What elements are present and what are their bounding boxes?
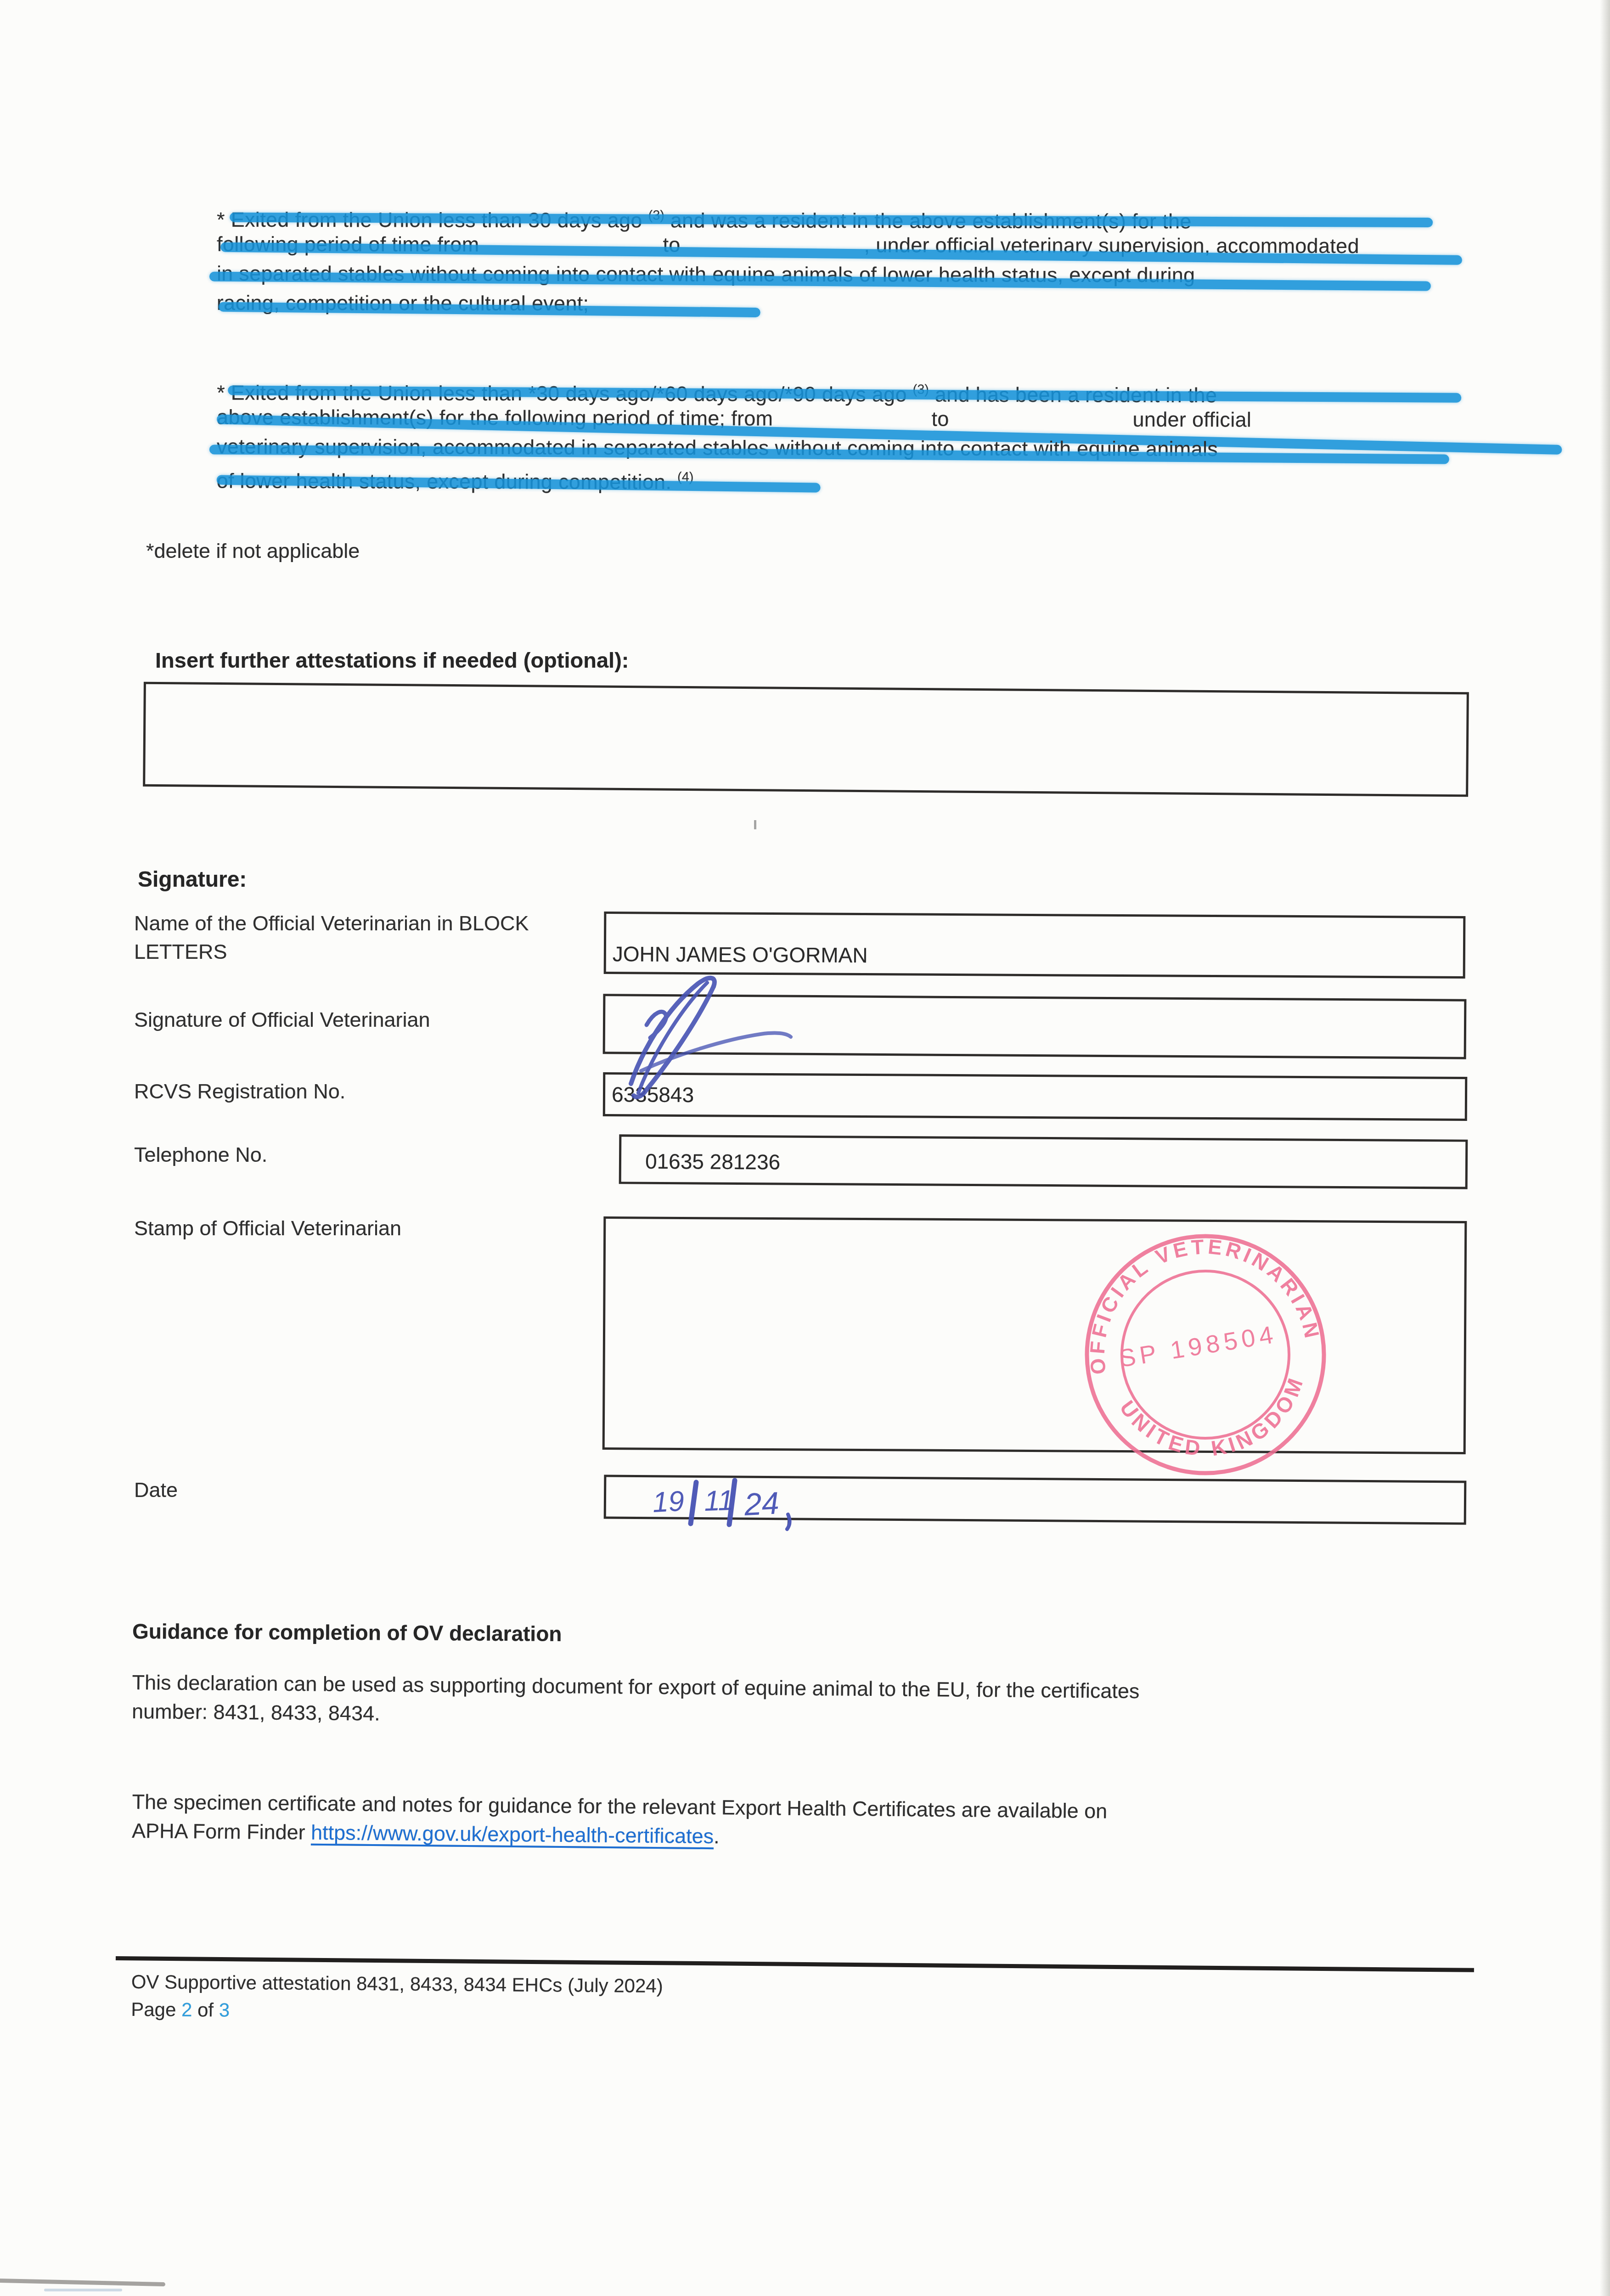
sentence-period: . (714, 1824, 720, 1848)
attestation-line: veterinary supervision, accommodated in … (217, 432, 1466, 464)
guidance-paragraph-1: This declaration can be used as supporti… (132, 1668, 1140, 1734)
name-box: JOHN JAMES O'GORMAN (604, 912, 1466, 979)
signature-box (603, 994, 1467, 1059)
attestation-line: in separated stables without coming into… (217, 259, 1466, 291)
scanner-edge-shadow (1600, 0, 1610, 2296)
signature-label: Signature of Official Veterinarian (134, 1006, 430, 1034)
attestation-line: above establishment(s) for the following… (217, 402, 1466, 435)
document-footer: OV Supportive attestation 8431, 8433, 84… (131, 1968, 663, 2027)
page-total: 3 (219, 1999, 230, 2021)
page-current: 2 (181, 1999, 192, 2020)
further-attestations-heading: Insert further attestations if needed (o… (155, 647, 629, 673)
footer-doc-title: OV Supportive attestation 8431, 8433, 84… (131, 1968, 663, 2000)
attestation-line: following period of time fromto, under o… (217, 230, 1466, 261)
attestation-line: of lower health status, except during co… (217, 461, 1466, 494)
stamp-label: Stamp of Official Veterinarian (134, 1214, 401, 1243)
attestation-line: * Exited from the Union less than 30 day… (217, 200, 1466, 232)
apha-form-finder-text: APHA Form Finder (132, 1819, 311, 1844)
rcvs-box: 6335843 (603, 1072, 1467, 1121)
signature-heading: Signature: (138, 867, 247, 892)
rcvs-label: RCVS Registration No. (134, 1077, 345, 1106)
of-word: of (192, 1999, 219, 2020)
scan-artifact (44, 2289, 122, 2291)
guidance-paragraph-2: The specimen certificate and notes for g… (132, 1787, 1108, 1854)
attestation-paragraph-1: * Exited from the Union less than 30 day… (217, 200, 1466, 320)
name-value: JOHN JAMES O'GORMAN (613, 941, 868, 968)
stamp-box (602, 1216, 1467, 1454)
guidance-heading: Guidance for completion of OV declaratio… (132, 1619, 562, 1646)
attestation-paragraph-2: * Exited from the Union less than *30 da… (217, 373, 1466, 494)
date-label: Date (134, 1476, 178, 1504)
attestation-line: racing, competition or the cultural even… (217, 288, 1466, 320)
telephone-value: 01635 281236 (645, 1149, 781, 1175)
name-label: Name of the Official Veterinarian in BLO… (134, 909, 547, 966)
telephone-box: 01635 281236 (619, 1134, 1468, 1189)
export-health-certificates-link[interactable]: https://www.gov.uk/export-health-certifi… (311, 1821, 714, 1848)
telephone-label: Telephone No. (134, 1141, 267, 1169)
page-word: Page (131, 1998, 181, 2020)
date-box (604, 1474, 1467, 1525)
scanned-document-page: * Exited from the Union less than 30 day… (0, 0, 1610, 2296)
rcvs-value: 6335843 (612, 1082, 694, 1107)
delete-if-not-applicable-note: *delete if not applicable (146, 539, 360, 563)
further-attestations-box (143, 682, 1469, 797)
attestation-line: * Exited from the Union less than *30 da… (217, 373, 1466, 405)
footer-page-number: Page 2 of 3 (131, 1996, 663, 2027)
scan-artifact (754, 820, 756, 829)
scan-artifact (0, 2279, 165, 2286)
